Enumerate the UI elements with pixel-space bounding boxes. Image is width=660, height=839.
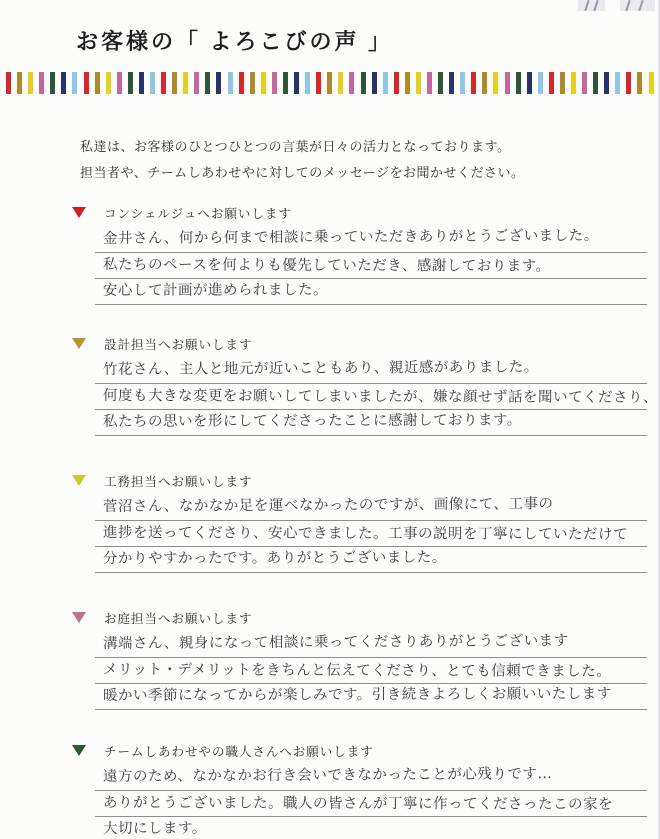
customer-voice-sheet: お客様の「 よろこびの声 」 私達は、お客様のひとつひとつの言葉が日々の活力とな… (0, 0, 660, 839)
color-stripe-band (6, 72, 654, 94)
stripe-bar (571, 72, 576, 94)
stripe-bar (327, 72, 332, 94)
handwritten-line: ありがとうございました。職人の皆さんが丁寧に作ってくださったこの家を (95, 791, 647, 817)
section-construction: 工務担当へお願いします 菅沼さん、なかなか足を運べなかったのですが、画像にて、工… (0, 473, 660, 573)
scan-artifact (578, 0, 605, 11)
handwritten-line: 何度も大きな変更をお願いしてしまいましたが、嫌な顔せず話を聞いてくださり、 (95, 384, 647, 410)
stripe-bar (615, 72, 620, 94)
handwritten-answer: 竹花さん、主人と地元が近いこともあり、親近感がありました。 何度も大きな変更をお… (95, 358, 647, 436)
handwritten-text: 大切にします。 (95, 817, 207, 839)
stripe-bar (427, 72, 432, 94)
handwritten-answer: 遠方のため、なかなかお行き会いできなかったことが心残りです… ありがとうございま… (95, 765, 647, 839)
stripe-bar (294, 72, 299, 94)
stripe-bar (6, 72, 11, 94)
handwritten-line: 竹花さん、主人と地元が近いこともあり、親近感がありました。 (95, 358, 647, 384)
handwritten-line: 分かりやすかったです。ありがとうございました。 (95, 547, 647, 573)
handwritten-text: 溝端さん、親身になって相談に乗ってくださりありがとうございます (95, 629, 569, 656)
stripe-bar (183, 72, 188, 94)
stripe-bar (316, 72, 321, 94)
stripe-bar (593, 72, 598, 94)
section-header: 設計担当へお願いします (72, 336, 660, 351)
handwritten-line: 菅沼さん、なかなか足を運べなかったのですが、画像にて、工事の (95, 495, 647, 521)
section-heading: 設計担当へお願いします (104, 335, 253, 353)
stripe-bar (239, 72, 244, 94)
stripe-bar (471, 72, 476, 94)
stripe-bar (50, 72, 55, 94)
handwritten-text: 私たちのペースを何よりも優先していただき、感謝しております。 (95, 253, 551, 279)
scan-artifact (620, 0, 655, 11)
handwritten-line: 暖かい季節になってからが楽しみです。引き続きよろしくお願いいたします (95, 684, 647, 710)
stripe-bar (150, 72, 155, 94)
handwritten-line: メリット・デメリットをきちんと伝えてくださり、とても信頼できました。 (95, 658, 647, 684)
stripe-bar (372, 72, 377, 94)
stripe-bar (582, 72, 587, 94)
stripe-bar (482, 72, 487, 94)
section-heading: 工務担当へお願いします (104, 472, 253, 490)
stripe-bar (216, 72, 221, 94)
handwritten-text: 竹花さん、主人と地元が近いこともあり、親近感がありました。 (95, 355, 539, 382)
handwritten-line: 溝端さん、親身になって相談に乗ってくださりありがとうございます (95, 632, 647, 658)
handwritten-answer: 溝端さん、親身になって相談に乗ってくださりありがとうございます メリット・デメリ… (95, 632, 647, 710)
page-title: お客様の「 よろこびの声 」 (76, 25, 393, 56)
stripe-bar (626, 72, 631, 94)
handwritten-line: 金井さん、何から何まで相談に乗っていただきありがとうございました。 (95, 227, 647, 253)
stripe-bar (28, 72, 33, 94)
stripe-bar (228, 72, 233, 94)
stripe-bar (95, 72, 100, 94)
stripe-bar (416, 72, 421, 94)
handwritten-text: 金井さん、何から何まで相談に乗っていただきありがとうございました。 (95, 224, 599, 251)
stripe-bar (128, 72, 133, 94)
section-craftsmen: チームしあわせやの職人さんへお願いします 遠方のため、なかなかお行き会いできなか… (0, 743, 660, 839)
stripe-bar (493, 72, 498, 94)
stripe-bar (72, 72, 77, 94)
stripe-bar (283, 72, 288, 94)
stripe-bar (172, 72, 177, 94)
section-header: お庭担当へお願いします (72, 610, 660, 625)
stripe-bar (106, 72, 111, 94)
section-garden: お庭担当へお願いします 溝端さん、親身になって相談に乗ってくださりありがとうござ… (0, 610, 660, 710)
stripe-bar (194, 72, 199, 94)
stripe-bar (117, 72, 122, 94)
handwritten-text: 安心して計画が進められました。 (95, 278, 328, 303)
handwritten-text: 暖かい季節になってからが楽しみです。引き続きよろしくお願いいたします (95, 682, 612, 708)
stripe-bar (449, 72, 454, 94)
handwritten-text: 菅沼さん、なかなか足を運べなかったのですが、画像にて、工事の (95, 492, 554, 519)
triangle-marker-icon (72, 745, 86, 756)
section-heading: お庭担当へお願いします (104, 609, 253, 627)
stripe-bar (272, 72, 277, 94)
triangle-marker-icon (72, 612, 86, 623)
stripe-bar (383, 72, 388, 94)
triangle-marker-icon (72, 207, 86, 218)
handwritten-text: 何度も大きな変更をお願いしてしまいましたが、嫌な顔せず話を聞いてくださり、 (95, 384, 658, 410)
stripe-bar (205, 72, 210, 94)
stripe-bar (61, 72, 66, 94)
stripe-bar (338, 72, 343, 94)
stripe-bar (649, 72, 654, 94)
stripe-bar (560, 72, 565, 94)
handwritten-text: 進捗を送ってくださり、安心できました。工事の説明を丁寧にしていただけて (95, 521, 628, 547)
stripe-bar (516, 72, 521, 94)
triangle-marker-icon (72, 338, 86, 349)
handwritten-answer: 菅沼さん、なかなか足を運べなかったのですが、画像にて、工事の 進捗を送ってくださ… (95, 495, 647, 573)
stripe-bar (538, 72, 543, 94)
handwritten-line: 安心して計画が進められました。 (95, 279, 647, 305)
stripe-bar (637, 72, 642, 94)
stripe-bar (84, 72, 89, 94)
section-concierge: コンシェルジュへお願いします 金井さん、何から何まで相談に乗っていただきありがと… (0, 205, 660, 305)
stripe-bar (604, 72, 609, 94)
stripe-bar (527, 72, 532, 94)
intro-line-1: 私達は、お客様のひとつひとつの言葉が日々の活力となっております。 (80, 134, 524, 160)
stripe-bar (305, 72, 310, 94)
handwritten-text: メリット・デメリットをきちんと伝えてくださり、とても信頼できました。 (95, 658, 611, 684)
handwritten-line: 私たちの思いを形にしてくださったことに感謝しております。 (95, 410, 647, 436)
section-header: チームしあわせやの職人さんへお願いします (72, 743, 660, 758)
section-heading: チームしあわせやの職人さんへお願いします (104, 742, 374, 760)
section-design: 設計担当へお願いします 竹花さん、主人と地元が近いこともあり、親近感がありました… (0, 336, 660, 436)
stripe-bar (250, 72, 255, 94)
stripe-bar (261, 72, 266, 94)
handwritten-line: 大切にします。 (95, 817, 647, 839)
stripe-bar (349, 72, 354, 94)
intro-line-2: 担当者や、チームしあわせやに対してのメッセージをお聞かせください。 (80, 160, 524, 186)
handwritten-text: 私たちの思いを形にしてくださったことに感謝しております。 (95, 409, 522, 434)
stripe-bar (405, 72, 410, 94)
stripe-bar (438, 72, 443, 94)
handwritten-answer: 金井さん、何から何まで相談に乗っていただきありがとうございました。 私たちのペー… (95, 227, 647, 305)
stripe-bar (505, 72, 510, 94)
handwritten-line: 私たちのペースを何よりも優先していただき、感謝しております。 (95, 253, 647, 279)
intro-text: 私達は、お客様のひとつひとつの言葉が日々の活力となっております。 担当者や、チー… (80, 134, 524, 186)
handwritten-text: ありがとうございました。職人の皆さんが丁寧に作ってくださったこの家を (95, 791, 613, 817)
stripe-bar (394, 72, 399, 94)
stripe-bar (17, 72, 22, 94)
stripe-bar (161, 72, 166, 94)
section-header: 工務担当へお願いします (72, 473, 660, 488)
handwritten-line: 遠方のため、なかなかお行き会いできなかったことが心残りです… (95, 765, 647, 791)
handwritten-text: 遠方のため、なかなかお行き会いできなかったことが心残りです… (95, 762, 553, 789)
section-heading: コンシェルジュへお願いします (104, 204, 292, 222)
handwritten-line: 進捗を送ってくださり、安心できました。工事の説明を丁寧にしていただけて (95, 521, 647, 547)
triangle-marker-icon (72, 475, 86, 486)
handwritten-text: 分かりやすかったです。ありがとうございました。 (95, 546, 447, 571)
stripe-bar (460, 72, 465, 94)
section-header: コンシェルジュへお願いします (72, 205, 660, 220)
stripe-bar (139, 72, 144, 94)
stripe-bar (361, 72, 366, 94)
stripe-bar (549, 72, 554, 94)
stripe-bar (39, 72, 44, 94)
